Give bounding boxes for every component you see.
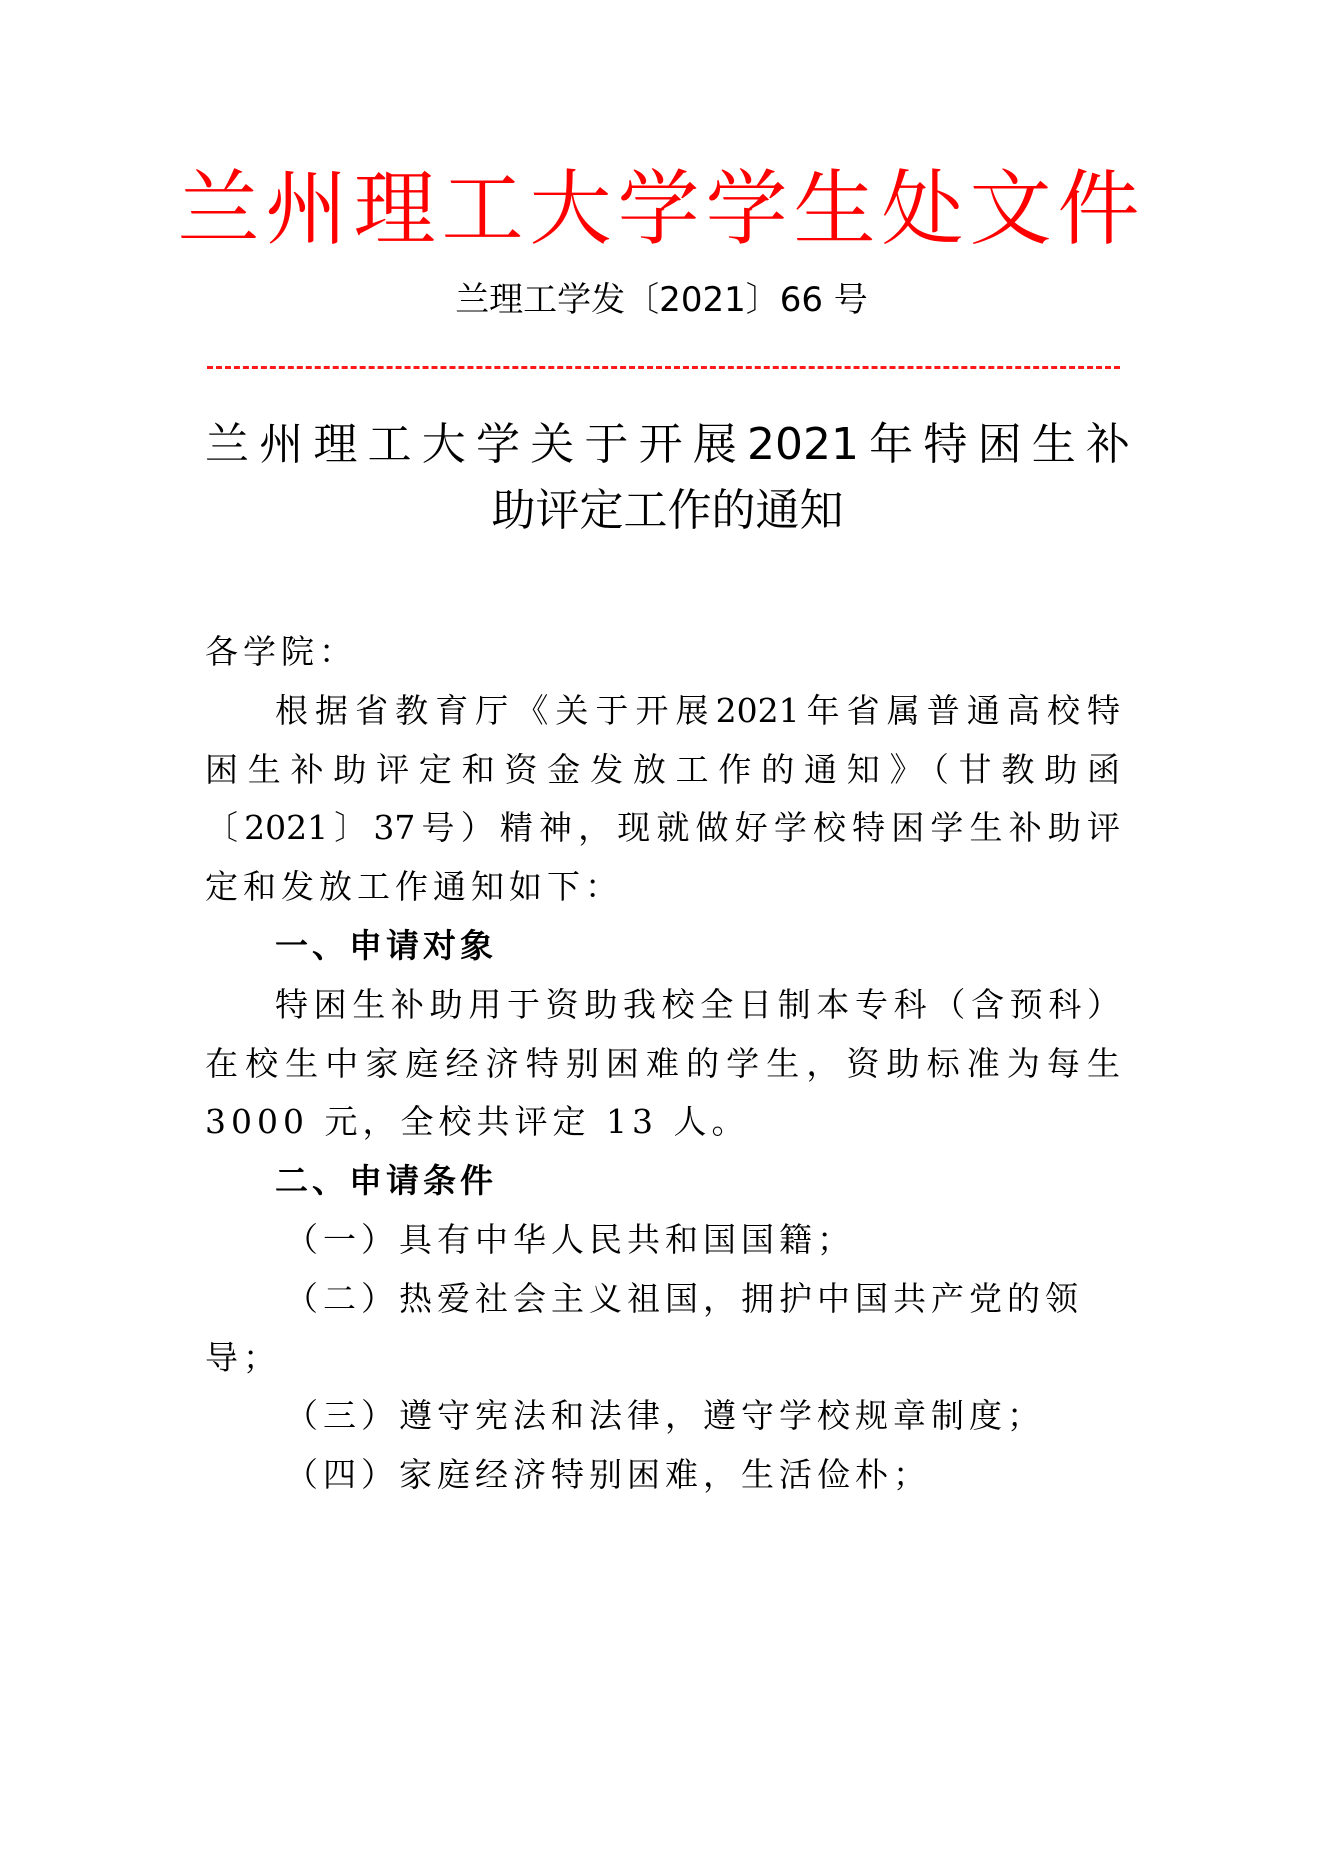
notice-body: 各学院： 根据省教育厅《关于开展2021年省属普通高校特 困生补助评定和资金发放… bbox=[205, 623, 1120, 1505]
salutation: 各学院： bbox=[205, 623, 1120, 682]
notice-title: 兰州理工大学关于开展2021年特困生补 助评定工作的通知 bbox=[205, 412, 1130, 544]
condition-item-4: （四）家庭经济特别困难，生活俭朴； bbox=[205, 1446, 1120, 1505]
intro-line-3: 〔2021〕37号）精神，现就做好学校特困学生补助评 bbox=[205, 799, 1120, 858]
condition-item-1: （一）具有中华人民共和国国籍； bbox=[205, 1211, 1120, 1270]
document-number: 兰理工学发〔2021〕66 号 bbox=[0, 276, 1323, 324]
intro-line-4: 定和发放工作通知如下： bbox=[205, 858, 1120, 917]
document-page: 兰州理工大学学生处文件 兰理工学发〔2021〕66 号 兰州理工大学关于开展20… bbox=[0, 0, 1323, 1871]
intro-line-1: 根据省教育厅《关于开展2021年省属普通高校特 bbox=[205, 682, 1120, 741]
notice-title-line-1: 兰州理工大学关于开展2021年特困生补 bbox=[205, 412, 1130, 478]
section-1-line-2: 在校生中家庭经济特别困难的学生，资助标准为每生 bbox=[205, 1035, 1120, 1094]
section-1-line-3: 3000 元，全校共评定 13 人。 bbox=[205, 1093, 1120, 1152]
condition-item-2-continued: 导； bbox=[205, 1329, 1120, 1388]
issuer-title: 兰州理工大学学生处文件 bbox=[0, 160, 1323, 260]
section-heading-conditions: 二、申请条件 bbox=[205, 1152, 1120, 1211]
condition-item-2: （二）热爱社会主义祖国，拥护中国共产党的领 bbox=[205, 1270, 1120, 1329]
notice-title-line-2: 助评定工作的通知 bbox=[205, 478, 1130, 544]
red-dashed-divider bbox=[207, 366, 1120, 369]
intro-line-2: 困生补助评定和资金发放工作的通知》（甘教助函 bbox=[205, 741, 1120, 800]
condition-item-3: （三）遵守宪法和法律，遵守学校规章制度； bbox=[205, 1387, 1120, 1446]
section-heading-applicants: 一、申请对象 bbox=[205, 917, 1120, 976]
section-1-line-1: 特困生补助用于资助我校全日制本专科（含预科） bbox=[205, 976, 1120, 1035]
